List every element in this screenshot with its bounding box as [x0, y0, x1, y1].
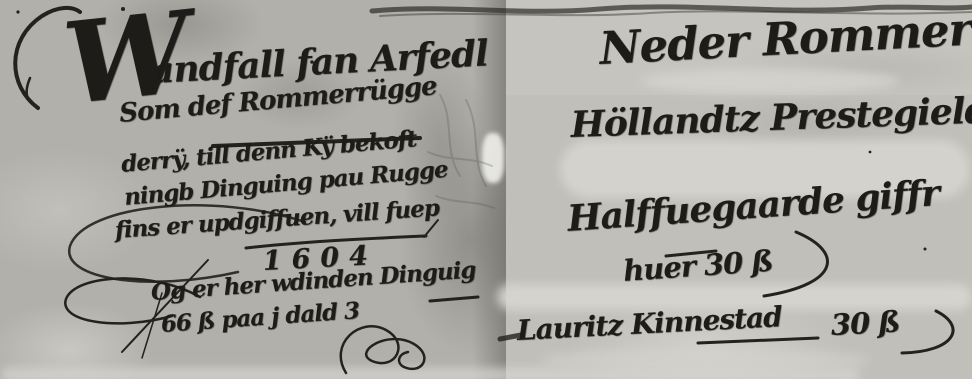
- entry2-dash: [698, 338, 818, 343]
- signature-flourish: [341, 326, 425, 373]
- ghost-bleedthrough-strokes: [428, 95, 494, 208]
- diagonal-stroke: [122, 260, 208, 352]
- entry-kinnestad-amount: 30 ß: [830, 304, 900, 342]
- line7-trailing-dash: [430, 297, 478, 301]
- entry2-closing-swash: [902, 311, 953, 353]
- manuscript-scan: W andfall fan Arfedl Som def Rommerrügge…: [0, 0, 972, 379]
- entry1-closing-swash: [764, 232, 827, 296]
